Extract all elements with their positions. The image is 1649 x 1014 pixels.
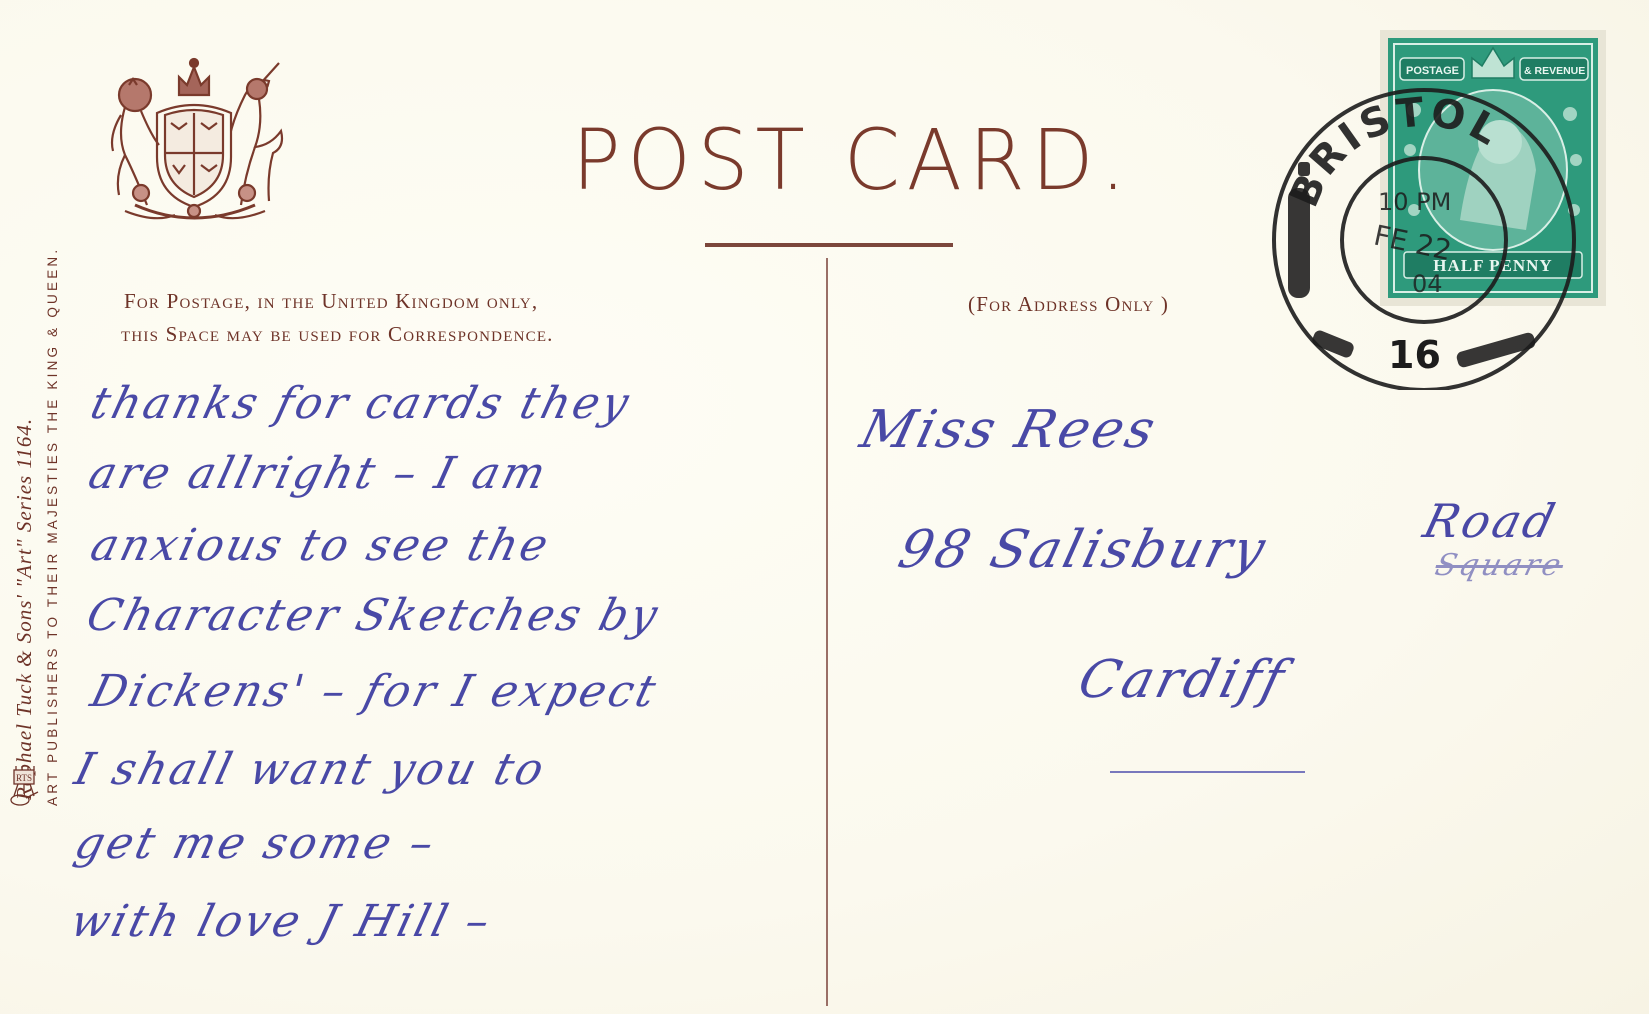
address-underline bbox=[1110, 771, 1305, 773]
center-divider bbox=[826, 258, 828, 1006]
message-line: anxious to see the bbox=[86, 520, 556, 571]
publisher-easel-logo-icon: RTS bbox=[8, 762, 40, 808]
message-line: thanks for cards they bbox=[86, 378, 637, 429]
correspondence-notice-line2: this Space may be used for Correspondenc… bbox=[121, 322, 554, 347]
message-line: I shall want you to bbox=[70, 744, 552, 795]
postcard-back: POST CARD. For Postage, in the United Ki… bbox=[0, 0, 1649, 1014]
address-notice: (For Address Only ) bbox=[968, 292, 1169, 317]
correspondence-notice-line1: For Postage, in the United Kingdom only, bbox=[124, 289, 538, 314]
svg-text:10 PM: 10 PM bbox=[1378, 188, 1451, 216]
title-underline bbox=[705, 243, 953, 247]
svg-text:16: 16 bbox=[1388, 333, 1441, 377]
message-line: Dickens' – for I expect bbox=[86, 666, 664, 717]
message-line: are allright – I am bbox=[84, 448, 554, 499]
svg-text:RTS: RTS bbox=[16, 773, 32, 783]
message-line: with love J Hill – bbox=[66, 896, 498, 947]
publisher-series-line: Raphael Tuck & Sons' "Art" Series 1164. bbox=[12, 418, 37, 800]
recipient-name: Miss Rees bbox=[855, 400, 1164, 460]
publisher-appointment-line: ART PUBLISHERS TO THEIR MAJESTIES THE KI… bbox=[45, 247, 60, 806]
bristol-postmark: BRISTOL 10 PM FE 22 04 16 bbox=[1260, 70, 1590, 390]
page-title: POST CARD. bbox=[572, 118, 1133, 202]
message-line: get me some – bbox=[70, 818, 442, 869]
city: Cardiff bbox=[1073, 650, 1293, 710]
royal-coat-of-arms-icon bbox=[95, 55, 293, 227]
message-line: Character Sketches by bbox=[82, 590, 666, 641]
street-suffix: Road bbox=[1418, 494, 1563, 548]
svg-text:04: 04 bbox=[1412, 270, 1443, 298]
svg-text:FE 22: FE 22 bbox=[1371, 219, 1454, 268]
street-address: 98 Salisbury bbox=[893, 520, 1274, 580]
struck-through-word: Square bbox=[1432, 548, 1568, 583]
